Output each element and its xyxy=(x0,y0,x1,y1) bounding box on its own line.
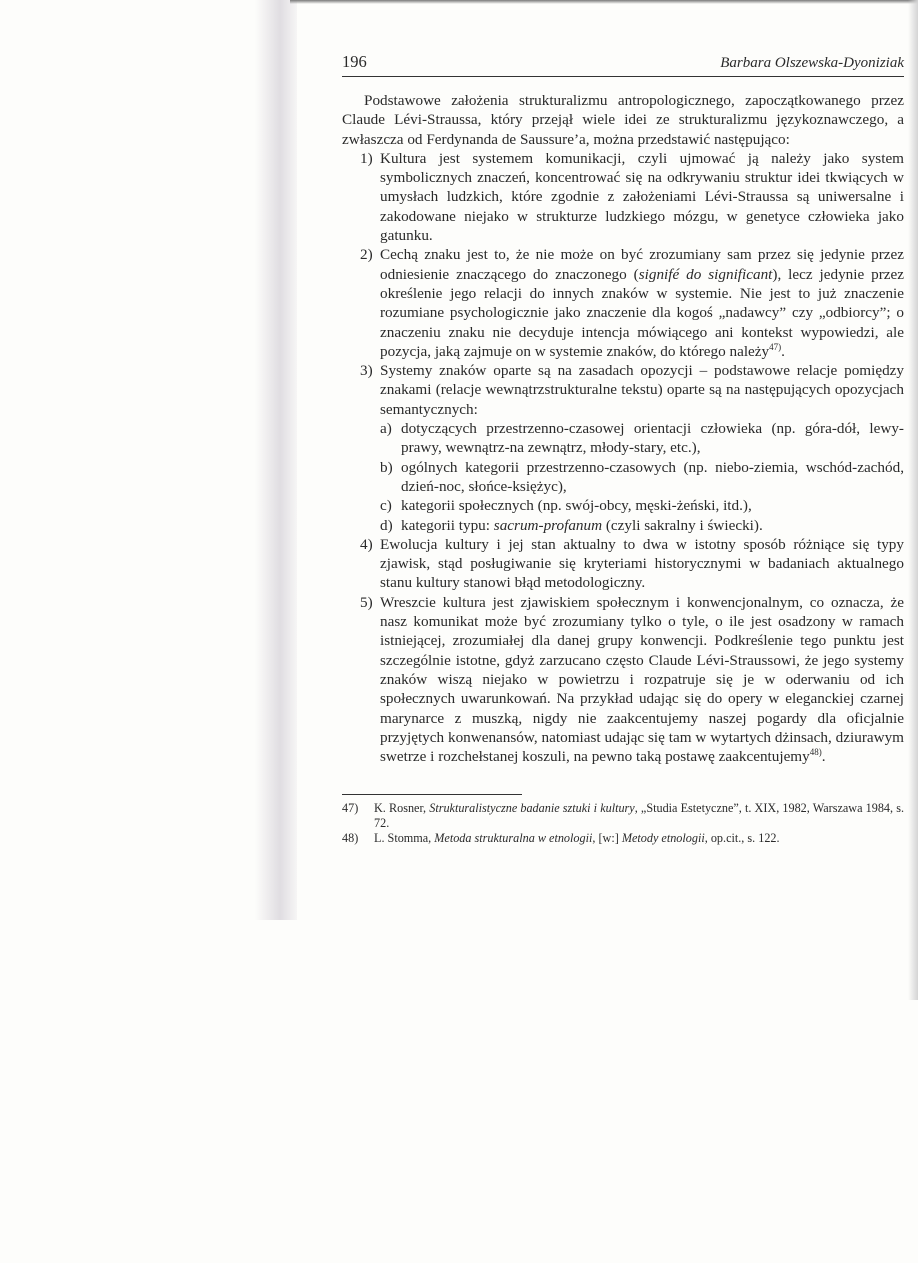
item-text: Wreszcie kultura jest zjawiskiem społecz… xyxy=(380,594,904,765)
list-item: 2) Cechą znaku jest to, że nie może on b… xyxy=(342,245,904,361)
italic-term: signifé do significant xyxy=(639,266,773,283)
item-text: Ewolucja kultury i jej stan aktualny to … xyxy=(380,536,904,592)
running-header: 196 Barbara Olszewska-Dyoniziak xyxy=(342,52,904,77)
footnotes: 47) K. Rosner, Strukturalistyczne badani… xyxy=(342,801,904,846)
intro-paragraph: Podstawowe założenia strukturalizmu antr… xyxy=(342,91,904,149)
item-number: 4) xyxy=(360,535,373,554)
scan-top-edge xyxy=(290,0,918,4)
item-number: 2) xyxy=(360,245,373,264)
footnote-number: 48) xyxy=(342,831,358,846)
list-item: 1) Kultura jest systemem komunikacji, cz… xyxy=(342,149,904,245)
list-item: 4) Ewolucja kultury i jej stan aktualny … xyxy=(342,535,904,593)
item-text: Systemy znaków oparte są na zasadach opo… xyxy=(380,362,904,418)
sub-list-item: a) dotyczących przestrzenno-czasowej ori… xyxy=(380,419,904,458)
item-number: 1) xyxy=(360,149,373,168)
footnote-title: Metody etnologii xyxy=(622,831,705,845)
footnote-text: K. Rosner, xyxy=(374,801,429,815)
footnote-title: Strukturalistyczne badanie sztuki i kult… xyxy=(429,801,635,815)
footnote-divider xyxy=(342,794,522,795)
sub-item-letter: d) xyxy=(380,516,393,535)
sub-item-text: dotyczących przestrzenno-czasowej orient… xyxy=(401,420,904,456)
footnote-number: 47) xyxy=(342,801,358,816)
item-text: Kultura jest systemem komunikacji, czyli… xyxy=(380,150,904,244)
list-item: 5) Wreszcie kultura jest zjawiskiem społ… xyxy=(342,593,904,767)
sub-list: a) dotyczących przestrzenno-czasowej ori… xyxy=(380,419,904,535)
item-number: 3) xyxy=(360,361,373,380)
scan-right-edge xyxy=(908,0,918,1000)
footnote-ref[interactable]: 47) xyxy=(769,342,781,352)
page-number: 196 xyxy=(342,52,367,72)
sub-item-text: kategorii społecznych (np. swój-obcy, mę… xyxy=(401,497,752,514)
sub-list-item: b) ogólnych kategorii przestrzenno-czaso… xyxy=(380,458,904,497)
footnote-text: , [w:] xyxy=(592,831,621,845)
item-text-end: . xyxy=(781,343,785,360)
scan-binding-shadow xyxy=(255,0,297,920)
sub-list-item: d) kategorii typu: sacrum-profanum (czyl… xyxy=(380,516,904,535)
sub-item-letter: a) xyxy=(380,419,392,438)
body-text: Podstawowe założenia strukturalizmu antr… xyxy=(342,91,904,766)
numbered-list: 1) Kultura jest systemem komunikacji, cz… xyxy=(342,149,904,767)
sub-list-item: c) kategorii społecznych (np. swój-obcy,… xyxy=(380,496,904,515)
item-text-end: . xyxy=(822,748,826,765)
list-item: 3) Systemy znaków oparte są na zasadach … xyxy=(342,361,904,535)
item-number: 5) xyxy=(360,593,373,612)
sub-item-text: kategorii typu: xyxy=(401,517,494,534)
footnote-text: , op.cit., s. 122. xyxy=(705,831,780,845)
book-page: 196 Barbara Olszewska-Dyoniziak Podstawo… xyxy=(342,52,904,846)
italic-term: sacrum-profanum xyxy=(494,517,602,534)
sub-item-letter: b) xyxy=(380,458,393,477)
footnote-ref[interactable]: 48) xyxy=(810,747,822,757)
sub-item-letter: c) xyxy=(380,496,392,515)
footnote-text: L. Stomma, xyxy=(374,831,434,845)
footnote-title: Metoda strukturalna w etnologii xyxy=(434,831,592,845)
sub-item-text: ogólnych kategorii przestrzenno-czasowyc… xyxy=(401,459,904,495)
footnote: 48) L. Stomma, Metoda strukturalna w etn… xyxy=(342,831,904,846)
footnote: 47) K. Rosner, Strukturalistyczne badani… xyxy=(342,801,904,831)
running-author: Barbara Olszewska-Dyoniziak xyxy=(720,55,904,72)
sub-item-text: (czyli sakralny i świecki). xyxy=(602,517,763,534)
